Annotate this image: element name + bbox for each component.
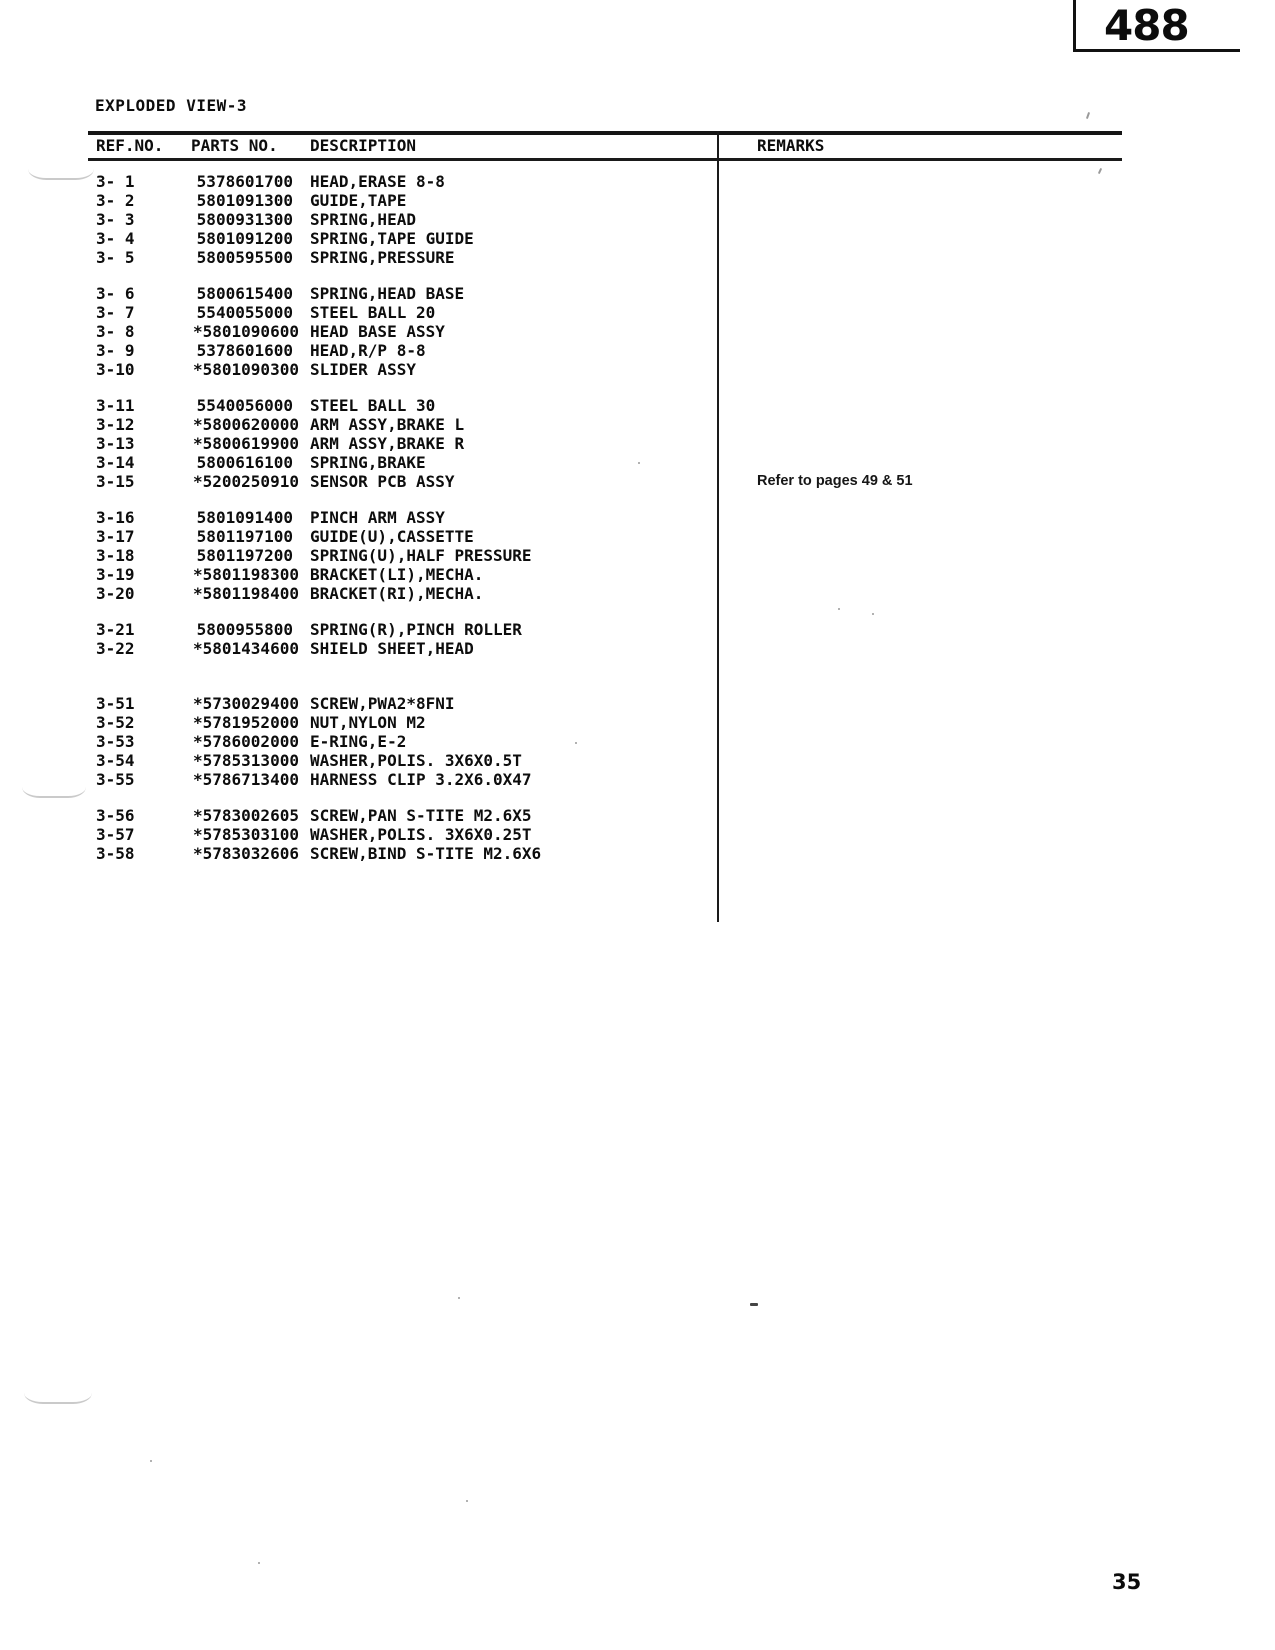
cell-ref: 3-12 bbox=[96, 415, 193, 434]
header-parts-no: PARTS NO. bbox=[191, 136, 310, 155]
cell-part: 5540056000 bbox=[193, 396, 293, 415]
cell-ref: 3-15 bbox=[96, 472, 193, 491]
cell-desc: SHIELD SHEET,HEAD bbox=[293, 639, 737, 658]
doc-number-tab: 488 bbox=[1073, 0, 1240, 52]
cell-part: *5783032606 bbox=[193, 844, 293, 863]
cell-remark bbox=[737, 248, 1246, 267]
cell-desc: SPRING(R),PINCH ROLLER bbox=[293, 620, 737, 639]
scan-speck bbox=[458, 1297, 460, 1299]
scan-speck bbox=[258, 1562, 260, 1564]
cell-remark bbox=[737, 284, 1246, 303]
cell-part: 5801091300 bbox=[193, 191, 293, 210]
cell-ref: 3-52 bbox=[96, 713, 193, 732]
cell-part: 5378601700 bbox=[193, 172, 293, 191]
cell-desc: SCREW,PAN S-TITE M2.6X5 bbox=[293, 806, 737, 825]
cell-part: *5800620000 bbox=[193, 415, 293, 434]
cell-part: *5785313000 bbox=[193, 751, 293, 770]
cell-part: 5800931300 bbox=[193, 210, 293, 229]
scan-speck bbox=[150, 1460, 152, 1462]
cell-part: *5801090600 bbox=[193, 322, 293, 341]
table-row: 3-10*5801090300SLIDER ASSY bbox=[96, 360, 1246, 379]
cell-ref: 3-51 bbox=[96, 694, 193, 713]
cell-remark bbox=[737, 713, 1246, 732]
table-row: 3-115540056000STEEL BALL 30 bbox=[96, 396, 1246, 415]
cell-ref: 3-53 bbox=[96, 732, 193, 751]
table-row: 3-15*5200250910SENSOR PCB ASSYRefer to p… bbox=[96, 472, 1246, 491]
table-top-rule bbox=[88, 131, 1122, 135]
cell-remark bbox=[737, 453, 1246, 472]
cell-part: 5800955800 bbox=[193, 620, 293, 639]
cell-remark bbox=[737, 694, 1246, 713]
cell-ref: 3-55 bbox=[96, 770, 193, 789]
cell-remark bbox=[737, 191, 1246, 210]
cell-remark bbox=[737, 527, 1246, 546]
cell-part: *5801090300 bbox=[193, 360, 293, 379]
scan-mark-arc bbox=[28, 158, 94, 180]
table-body: 3- 15378601700HEAD,ERASE 8-83- 258010913… bbox=[96, 172, 1246, 880]
cell-desc: HEAD BASE ASSY bbox=[293, 322, 737, 341]
cell-remark bbox=[737, 229, 1246, 248]
header-ref-no: REF.NO. bbox=[96, 136, 191, 155]
table-row: 3-53*5786002000E-RING,E-2 bbox=[96, 732, 1246, 751]
cell-desc: SPRING(U),HALF PRESSURE bbox=[293, 546, 737, 565]
scan-speck bbox=[638, 462, 640, 464]
row-group: 3-165801091400PINCH ARM ASSY3-1758011971… bbox=[96, 508, 1246, 603]
cell-remark bbox=[737, 396, 1246, 415]
cell-desc: HEAD,ERASE 8-8 bbox=[293, 172, 737, 191]
cell-part: 5800616100 bbox=[193, 453, 293, 472]
cell-desc: WASHER,POLIS. 3X6X0.25T bbox=[293, 825, 737, 844]
cell-remark bbox=[737, 546, 1246, 565]
cell-desc: SPRING,HEAD bbox=[293, 210, 737, 229]
cell-ref: 3- 4 bbox=[96, 229, 193, 248]
cell-desc: PINCH ARM ASSY bbox=[293, 508, 737, 527]
cell-remark bbox=[737, 415, 1246, 434]
cell-part: *5785303100 bbox=[193, 825, 293, 844]
cell-part: *5801198300 bbox=[193, 565, 293, 584]
row-group: 3-115540056000STEEL BALL 303-12*58006200… bbox=[96, 396, 1246, 491]
cell-ref: 3-18 bbox=[96, 546, 193, 565]
cell-remark bbox=[737, 806, 1246, 825]
table-row: 3-175801197100GUIDE(U),CASSETTE bbox=[96, 527, 1246, 546]
cell-part: 5801091200 bbox=[193, 229, 293, 248]
table-row: 3-52*5781952000NUT,NYLON M2 bbox=[96, 713, 1246, 732]
cell-desc: NUT,NYLON M2 bbox=[293, 713, 737, 732]
page-number: 35 bbox=[1112, 1570, 1141, 1594]
cell-part: *5730029400 bbox=[193, 694, 293, 713]
cell-remark bbox=[737, 210, 1246, 229]
table-row: 3-56*5783002605SCREW,PAN S-TITE M2.6X5 bbox=[96, 806, 1246, 825]
cell-desc: HARNESS CLIP 3.2X6.0X47 bbox=[293, 770, 737, 789]
table-header-rule bbox=[88, 158, 1122, 161]
table-row: 3-12*5800620000ARM ASSY,BRAKE L bbox=[96, 415, 1246, 434]
cell-part: *5783002605 bbox=[193, 806, 293, 825]
cell-ref: 3-14 bbox=[96, 453, 193, 472]
cell-ref: 3-54 bbox=[96, 751, 193, 770]
table-row: 3-20*5801198400BRACKET(RI),MECHA. bbox=[96, 584, 1246, 603]
cell-part: *5786713400 bbox=[193, 770, 293, 789]
cell-part: 5801197200 bbox=[193, 546, 293, 565]
table-row: 3-54*5785313000WASHER,POLIS. 3X6X0.5T bbox=[96, 751, 1246, 770]
cell-ref: 3-21 bbox=[96, 620, 193, 639]
table-row: 3-185801197200SPRING(U),HALF PRESSURE bbox=[96, 546, 1246, 565]
cell-desc: SCREW,PWA2*8FNI bbox=[293, 694, 737, 713]
cell-desc: HEAD,R/P 8-8 bbox=[293, 341, 737, 360]
cell-ref: 3- 6 bbox=[96, 284, 193, 303]
table-row: 3-58*5783032606SCREW,BIND S-TITE M2.6X6 bbox=[96, 844, 1246, 863]
header-remarks: REMARKS bbox=[737, 136, 1216, 155]
cell-part: 5800615400 bbox=[193, 284, 293, 303]
scan-mark-arc bbox=[24, 1382, 92, 1404]
cell-desc: SCREW,BIND S-TITE M2.6X6 bbox=[293, 844, 737, 863]
table-row: 3-215800955800SPRING(R),PINCH ROLLER bbox=[96, 620, 1246, 639]
table-row: 3- 35800931300SPRING,HEAD bbox=[96, 210, 1246, 229]
cell-remark bbox=[737, 565, 1246, 584]
cell-remark bbox=[737, 172, 1246, 191]
scan-speck bbox=[838, 608, 840, 610]
cell-remark bbox=[737, 639, 1246, 658]
cell-desc: SPRING,HEAD BASE bbox=[293, 284, 737, 303]
table-row: 3- 95378601600HEAD,R/P 8-8 bbox=[96, 341, 1246, 360]
cell-part: 5378601600 bbox=[193, 341, 293, 360]
table-row: 3-13*5800619900ARM ASSY,BRAKE R bbox=[96, 434, 1246, 453]
header-description: DESCRIPTION bbox=[310, 136, 737, 155]
row-group: 3-215800955800SPRING(R),PINCH ROLLER3-22… bbox=[96, 620, 1246, 658]
table-row: 3- 45801091200SPRING,TAPE GUIDE bbox=[96, 229, 1246, 248]
scan-speck bbox=[1086, 112, 1090, 119]
table-row: 3-165801091400PINCH ARM ASSY bbox=[96, 508, 1246, 527]
table-row: 3-22*5801434600SHIELD SHEET,HEAD bbox=[96, 639, 1246, 658]
cell-desc: WASHER,POLIS. 3X6X0.5T bbox=[293, 751, 737, 770]
cell-desc: STEEL BALL 20 bbox=[293, 303, 737, 322]
cell-ref: 3- 9 bbox=[96, 341, 193, 360]
cell-desc: SPRING,TAPE GUIDE bbox=[293, 229, 737, 248]
row-group: 3-51*5730029400SCREW,PWA2*8FNI3-52*57819… bbox=[96, 694, 1246, 789]
cell-remark bbox=[737, 584, 1246, 603]
cell-ref: 3- 5 bbox=[96, 248, 193, 267]
cell-ref: 3-10 bbox=[96, 360, 193, 379]
cell-desc: SENSOR PCB ASSY bbox=[293, 472, 737, 491]
scan-speck bbox=[466, 1500, 468, 1502]
cell-ref: 3-20 bbox=[96, 584, 193, 603]
cell-ref: 3- 3 bbox=[96, 210, 193, 229]
cell-part: 5800595500 bbox=[193, 248, 293, 267]
cell-ref: 3- 8 bbox=[96, 322, 193, 341]
cell-ref: 3-56 bbox=[96, 806, 193, 825]
cell-ref: 3- 7 bbox=[96, 303, 193, 322]
table-row: 3-57*5785303100WASHER,POLIS. 3X6X0.25T bbox=[96, 825, 1246, 844]
table-row: 3-19*5801198300BRACKET(LI),MECHA. bbox=[96, 565, 1246, 584]
cell-ref: 3-16 bbox=[96, 508, 193, 527]
table-row: 3- 8*5801090600HEAD BASE ASSY bbox=[96, 322, 1246, 341]
table-row: 3- 15378601700HEAD,ERASE 8-8 bbox=[96, 172, 1246, 191]
cell-desc: E-RING,E-2 bbox=[293, 732, 737, 751]
cell-ref: 3- 1 bbox=[96, 172, 193, 191]
cell-remark bbox=[737, 508, 1246, 527]
row-group: 3- 15378601700HEAD,ERASE 8-83- 258010913… bbox=[96, 172, 1246, 267]
doc-number: 488 bbox=[1104, 1, 1189, 50]
cell-remark bbox=[737, 620, 1246, 639]
cell-part: *5801434600 bbox=[193, 639, 293, 658]
cell-ref: 3-58 bbox=[96, 844, 193, 863]
cell-ref: 3-57 bbox=[96, 825, 193, 844]
cell-part: *5200250910 bbox=[193, 472, 293, 491]
table-row: 3- 75540055000STEEL BALL 20 bbox=[96, 303, 1246, 322]
row-group: 3- 65800615400SPRING,HEAD BASE3- 7554005… bbox=[96, 284, 1246, 379]
table-row: 3- 55800595500SPRING,PRESSURE bbox=[96, 248, 1246, 267]
row-group: 3-56*5783002605SCREW,PAN S-TITE M2.6X53-… bbox=[96, 806, 1246, 863]
cell-desc: SPRING,BRAKE bbox=[293, 453, 737, 472]
cell-desc: SLIDER ASSY bbox=[293, 360, 737, 379]
scan-speck bbox=[575, 742, 577, 744]
cell-desc: BRACKET(RI),MECHA. bbox=[293, 584, 737, 603]
table-row: 3-55*5786713400HARNESS CLIP 3.2X6.0X47 bbox=[96, 770, 1246, 789]
cell-ref: 3-22 bbox=[96, 639, 193, 658]
scan-speck bbox=[750, 1303, 758, 1306]
cell-remark bbox=[737, 360, 1246, 379]
cell-part: *5786002000 bbox=[193, 732, 293, 751]
cell-ref: 3-19 bbox=[96, 565, 193, 584]
scanned-page: 488 EXPLODED VIEW-3 REF.NO. PARTS NO. DE… bbox=[0, 0, 1275, 1650]
cell-part: *5801198400 bbox=[193, 584, 293, 603]
cell-desc: ARM ASSY,BRAKE L bbox=[293, 415, 737, 434]
cell-ref: 3- 2 bbox=[96, 191, 193, 210]
table-row: 3- 25801091300GUIDE,TAPE bbox=[96, 191, 1246, 210]
cell-ref: 3-13 bbox=[96, 434, 193, 453]
cell-remark bbox=[737, 434, 1246, 453]
cell-ref: 3-11 bbox=[96, 396, 193, 415]
table-row: 3-145800616100SPRING,BRAKE bbox=[96, 453, 1246, 472]
cell-remark bbox=[737, 732, 1246, 751]
cell-part: *5781952000 bbox=[193, 713, 293, 732]
cell-remark bbox=[737, 322, 1246, 341]
cell-desc: SPRING,PRESSURE bbox=[293, 248, 737, 267]
cell-desc: GUIDE,TAPE bbox=[293, 191, 737, 210]
cell-ref: 3-17 bbox=[96, 527, 193, 546]
cell-remark bbox=[737, 303, 1246, 322]
scan-mark-arc bbox=[22, 776, 86, 798]
cell-remark bbox=[737, 770, 1246, 789]
cell-remark bbox=[737, 751, 1246, 770]
cell-desc: BRACKET(LI),MECHA. bbox=[293, 565, 737, 584]
cell-desc: ARM ASSY,BRAKE R bbox=[293, 434, 737, 453]
cell-part: 5801091400 bbox=[193, 508, 293, 527]
scan-speck bbox=[872, 613, 874, 615]
cell-remark bbox=[737, 825, 1246, 844]
cell-part: 5540055000 bbox=[193, 303, 293, 322]
cell-desc: STEEL BALL 30 bbox=[293, 396, 737, 415]
table-row: 3- 65800615400SPRING,HEAD BASE bbox=[96, 284, 1246, 303]
cell-desc: GUIDE(U),CASSETTE bbox=[293, 527, 737, 546]
cell-remark: Refer to pages 49 & 51 bbox=[737, 472, 1246, 491]
cell-remark bbox=[737, 341, 1246, 360]
cell-part: *5800619900 bbox=[193, 434, 293, 453]
cell-remark bbox=[737, 844, 1246, 863]
table-row: 3-51*5730029400SCREW,PWA2*8FNI bbox=[96, 694, 1246, 713]
table-header-row: REF.NO. PARTS NO. DESCRIPTION REMARKS bbox=[96, 136, 1216, 155]
cell-part: 5801197100 bbox=[193, 527, 293, 546]
section-title: EXPLODED VIEW-3 bbox=[95, 96, 247, 115]
